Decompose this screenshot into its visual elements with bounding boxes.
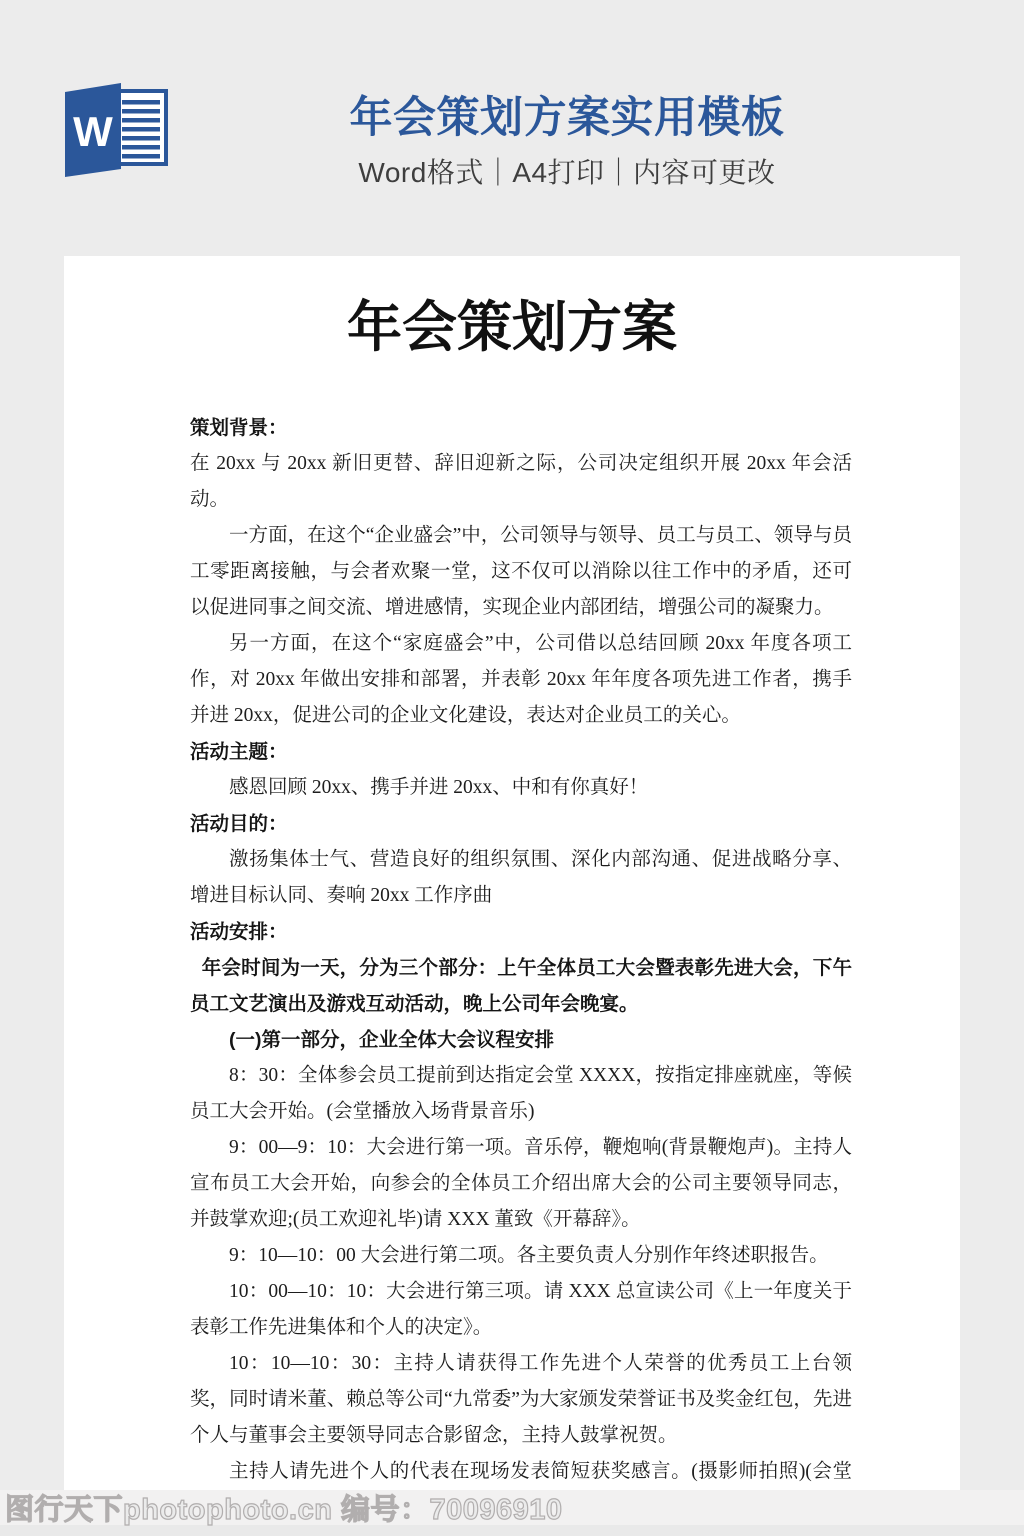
doc-paragraph: 10：00—10：10：大会进行第三项。请 XXX 总宣读公司《上一年度关于表彰… <box>190 1274 852 1346</box>
template-title: 年会策划方案实用模板 <box>172 94 962 143</box>
word-logo-svg: W <box>63 80 170 177</box>
template-subtitle: Word格式｜A4打印｜内容可更改 <box>172 151 962 191</box>
doc-paragraph: 策划背景： <box>190 410 852 446</box>
doc-paragraph: 10：10—10：30：主持人请获得工作先进个人荣誉的优秀员工上台领奖，同时请米… <box>190 1346 852 1454</box>
doc-paragraph: 年会时间为一天，分为三个部分：上午全体员工大会暨表彰先进大会，下午员工文艺演出及… <box>190 950 852 1022</box>
watermark-bar: 图行天下photophoto.cn 编号：70096910 <box>0 1490 1024 1536</box>
doc-paragraph: 激扬集体士气、营造良好的组织氛围、深化内部沟通、促进战略分享、增进目标认同、奏响… <box>190 842 852 914</box>
watermark-row: 图行天下photophoto.cn 编号：70096910 <box>0 1490 1024 1525</box>
word-logo-icon: W <box>63 80 170 177</box>
document-body: 策划背景：在 20xx 与 20xx 新旧更替、辞旧迎新之际，公司决定组织开展 … <box>190 410 852 1526</box>
document-title: 年会策划方案 <box>64 292 960 364</box>
doc-paragraph: 活动主题： <box>190 734 852 770</box>
doc-paragraph: 8：30：全体参会员工提前到达指定会堂 XXXX，按指定排座就座，等候员工大会开… <box>190 1058 852 1130</box>
doc-paragraph: 活动安排： <box>190 914 852 950</box>
doc-paragraph: 在 20xx 与 20xx 新旧更替、辞旧迎新之际，公司决定组织开展 20xx … <box>190 446 852 518</box>
doc-paragraph: 活动目的： <box>190 806 852 842</box>
doc-paragraph: 9：00—9：10：大会进行第一项。音乐停，鞭炮响(背景鞭炮声)。主持人宣布员工… <box>190 1130 852 1238</box>
doc-paragraph: 一方面，在这个“企业盛会”中，公司领导与领导、员工与员工、领导与员工零距离接触，… <box>190 518 852 626</box>
doc-paragraph: (一)第一部分，企业全体大会议程安排 <box>190 1022 852 1058</box>
word-logo-letter: W <box>73 108 113 155</box>
doc-paragraph: 感恩回顾 20xx、携手并进 20xx、中和有你真好！ <box>190 770 852 806</box>
doc-paragraph: 另一方面，在这个“家庭盛会”中，公司借以总结回顾 20xx 年度各项工作，对 2… <box>190 626 852 734</box>
doc-paragraph: 9：10—10：00 大会进行第二项。各主要负责人分别作年终述职报告。 <box>190 1238 852 1274</box>
watermark-text: 图行天下photophoto.cn 编号：70096910 <box>5 1487 563 1528</box>
header-text-block: 年会策划方案实用模板 Word格式｜A4打印｜内容可更改 <box>172 94 962 191</box>
document-page: 年会策划方案 策划背景：在 20xx 与 20xx 新旧更替、辞旧迎新之际，公司… <box>64 256 960 1522</box>
